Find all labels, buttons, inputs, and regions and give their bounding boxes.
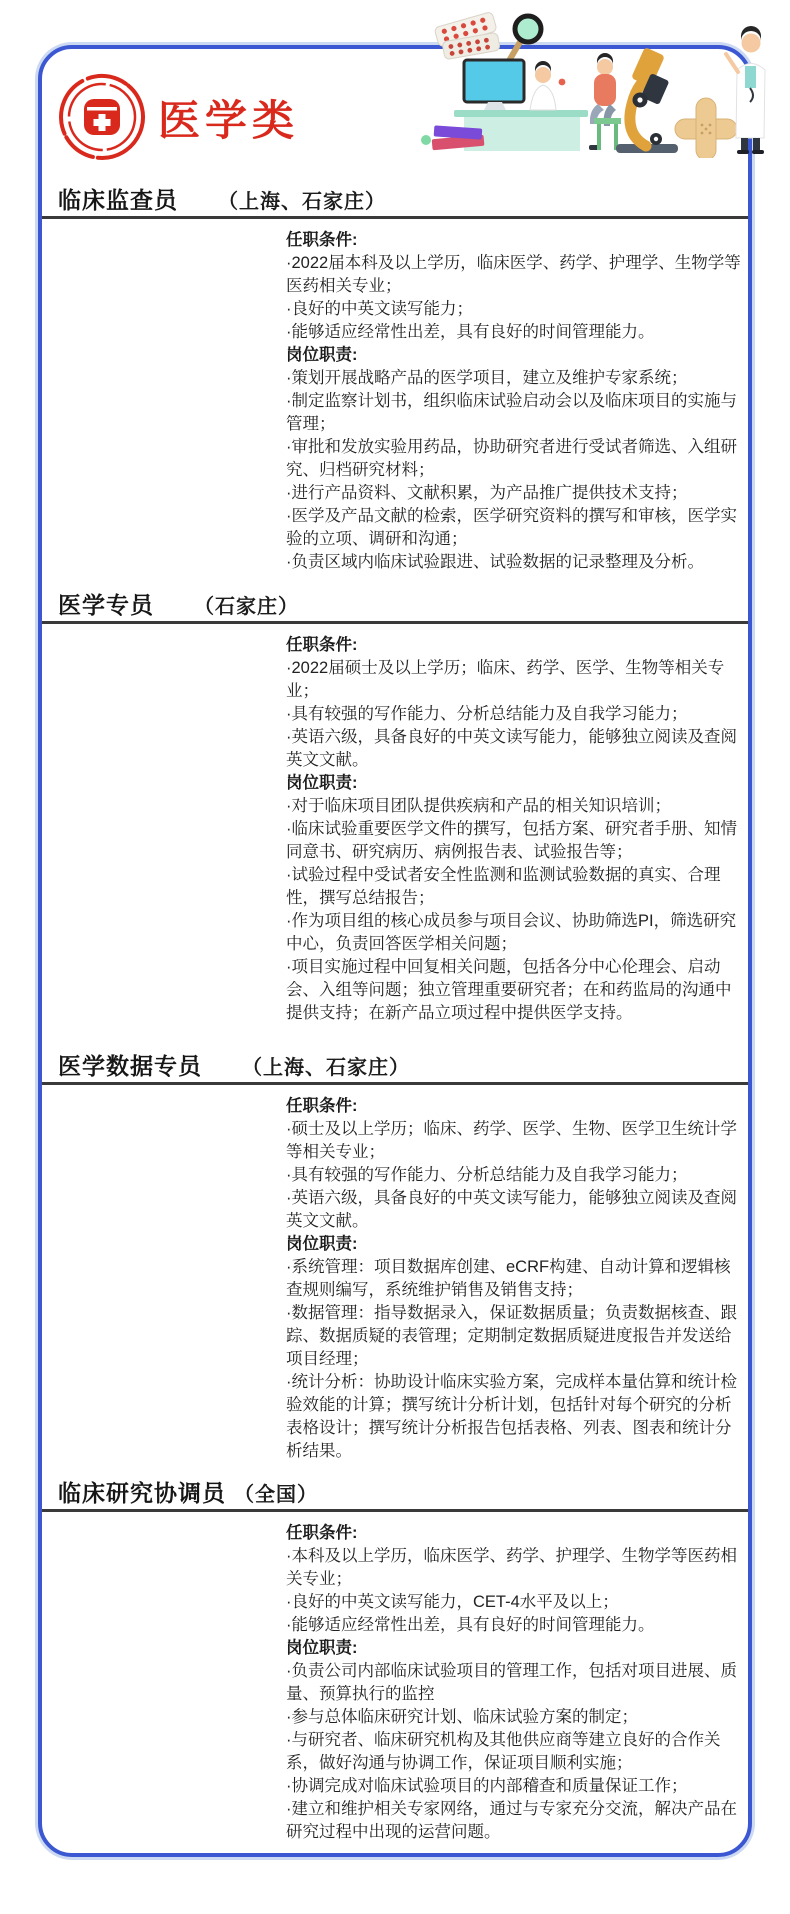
requirement-item: ·英语六级，具备良好的中英文读写能力，能够独立阅读及查阅英文文献。 <box>286 726 746 772</box>
duty-item: ·建立和维护相关专家网络，通过与专家充分交流，解决产品在研究过程中出现的运营问题… <box>286 1798 746 1844</box>
poster-frame: 医学类 临床监查员（上海、石家庄）任职条件:·2022届本科及以上学历，临床医学… <box>38 45 752 1857</box>
duty-item: ·系统管理：项目数据库创建、eCRF构建、自动计算和逻辑核查规则编写，系统维护销… <box>286 1256 746 1302</box>
job-location: （上海、石家庄） <box>242 1057 410 1079</box>
job-title-row: 医学专员（石家庄） <box>58 587 299 617</box>
requirement-item: ·良好的中英文读写能力，CET-4水平及以上； <box>286 1591 746 1614</box>
doctor-figure <box>530 61 565 110</box>
job-title: 临床研究协调员 <box>58 1480 226 1506</box>
duty-item: ·作为项目组的核心成员参与项目会议、协助筛选PI，筛选研究中心，负责回答医学相关… <box>286 910 746 956</box>
requirement-item: ·具有较强的写作能力、分析总结能力及自我学习能力； <box>286 703 746 726</box>
requirement-item: ·能够适应经常性出差，具有良好的时间管理能力。 <box>286 1614 746 1637</box>
duty-item: ·医学及产品文献的检索，医学研究资料的撰写和审核，医学实验的立项、调研和沟通； <box>286 505 746 551</box>
job-location: （全国） <box>234 1484 318 1506</box>
medical-category-logo-icon <box>56 71 148 163</box>
section-divider <box>42 216 748 219</box>
requirements-label: 任职条件: <box>286 1095 746 1118</box>
job-title-row: 医学数据专员（上海、石家庄） <box>58 1048 410 1078</box>
section-divider <box>42 1509 748 1512</box>
duty-item: ·负责公司内部临床试验项目的管理工作，包括对项目进展、质量、预算执行的监控 <box>286 1660 746 1706</box>
duty-item: ·负责区域内临床试验跟进、试验数据的记录整理及分析。 <box>286 551 746 574</box>
category-title: 医学类 <box>158 99 299 143</box>
duty-item: ·参与总体临床研究计划、临床试验方案的制定； <box>286 1706 746 1729</box>
requirement-item: ·2022届本科及以上学历，临床医学、药学、护理学、生物学等医药相关专业； <box>286 252 746 298</box>
duty-item: ·策划开展战略产品的医学项目，建立及维护专家系统； <box>286 367 746 390</box>
job-details: 任职条件:·硕士及以上学历；临床、药学、医学、生物、医学卫生统计学等相关专业；·… <box>286 1095 746 1463</box>
requirements-label: 任职条件: <box>286 1522 746 1545</box>
duty-item: ·数据管理：指导数据录入，保证数据质量；负责数据核查、跟踪、数据质疑的表管理；定… <box>286 1302 746 1371</box>
computer-monitor-icon <box>464 60 524 112</box>
requirements-label: 任职条件: <box>286 229 746 252</box>
medical-illustration <box>418 6 786 158</box>
requirement-item: ·良好的中英文读写能力； <box>286 298 746 321</box>
job-location: （石家庄） <box>194 596 299 618</box>
requirement-item: ·英语六级，具备良好的中英文读写能力，能够独立阅读及查阅英文文献。 <box>286 1187 746 1233</box>
duty-item: ·项目实施过程中回复相关问题，包括各分中心伦理会、启动会、入组等问题；独立管理重… <box>286 956 746 1025</box>
job-title: 医学专员 <box>58 592 154 618</box>
duty-item: ·试验过程中受试者安全性监测和监测试验数据的真实、合理性，撰写总结报告； <box>286 864 746 910</box>
job-details: 任职条件:·本科及以上学历，临床医学、药学、护理学、生物学等医药相关专业；·良好… <box>286 1522 746 1844</box>
requirements-label: 任职条件: <box>286 634 746 657</box>
patient-figure <box>589 53 621 150</box>
requirement-item: ·2022届硕士及以上学历；临床、药学、医学、生物等相关专业； <box>286 657 746 703</box>
section-divider <box>42 1082 748 1085</box>
requirement-item: ·硕士及以上学历；临床、药学、医学、生物、医学卫生统计学等相关专业； <box>286 1118 746 1164</box>
duties-label: 岗位职责: <box>286 772 746 795</box>
microscope-icon <box>616 47 678 153</box>
requirement-item: ·具有较强的写作能力、分析总结能力及自我学习能力； <box>286 1164 746 1187</box>
requirement-item: ·本科及以上学历，临床医学、药学、护理学、生物学等医药相关专业； <box>286 1545 746 1591</box>
duty-item: ·临床试验重要医学文件的撰写，包括方案、研究者手册、知情同意书、研究病历、病例报… <box>286 818 746 864</box>
pill-blister-icon <box>434 11 500 59</box>
job-details: 任职条件:·2022届硕士及以上学历；临床、药学、医学、生物等相关专业；·具有较… <box>286 634 746 1025</box>
duty-item: ·协调完成对临床试验项目的内部稽查和质量保证工作； <box>286 1775 746 1798</box>
job-title: 医学数据专员 <box>58 1053 202 1079</box>
job-location: （上海、石家庄） <box>218 191 386 213</box>
duties-label: 岗位职责: <box>286 1233 746 1256</box>
duties-label: 岗位职责: <box>286 1637 746 1660</box>
requirement-item: ·能够适应经常性出差，具有良好的时间管理能力。 <box>286 321 746 344</box>
job-title-row: 临床研究协调员（全国） <box>58 1475 318 1505</box>
job-title: 临床监查员 <box>58 187 178 213</box>
duty-item: ·与研究者、临床研究机构及其他供应商等建立良好的合作关系，做好沟通与协调工作，保… <box>286 1729 746 1775</box>
recruitment-poster: 医学类 临床监查员（上海、石家庄）任职条件:·2022届本科及以上学历，临床医学… <box>0 0 790 1914</box>
crossed-bandages-icon <box>675 98 737 158</box>
job-title-row: 临床监查员（上海、石家庄） <box>58 182 386 212</box>
duty-item: ·对于临床项目团队提供疾病和产品的相关知识培训； <box>286 795 746 818</box>
book-stack-icon <box>421 125 484 150</box>
duty-item: ·制定监察计划书，组织临床试验启动会以及临床项目的实施与管理； <box>286 390 746 436</box>
duties-label: 岗位职责: <box>286 344 746 367</box>
duty-item: ·进行产品资料、文献积累，为产品推广提供技术支持； <box>286 482 746 505</box>
duty-item: ·统计分析：协助设计临床实验方案，完成样本量估算和统计检验效能的计算；撰写统计分… <box>286 1371 746 1463</box>
job-details: 任职条件:·2022届本科及以上学历，临床医学、药学、护理学、生物学等医药相关专… <box>286 229 746 574</box>
duty-item: ·审批和发放实验用药品，协助研究者进行受试者筛选、入组研究、归档研究材料； <box>286 436 746 482</box>
section-divider <box>42 621 748 624</box>
